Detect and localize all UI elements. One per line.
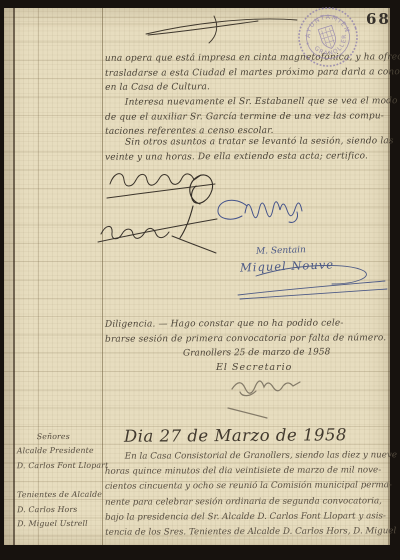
session-opening-paragraph: En la Casa Consistorial de Granollers, s…	[105, 448, 398, 541]
text-line: horas quince minutos del dia veintisiete…	[105, 463, 397, 480]
paragraph-opera: una opera que está impresa en cinta magn…	[105, 50, 400, 95]
stamp-arc-top-text: AYUNTAMIENTO	[292, 1, 351, 52]
margin-row: Alcalde Presidente	[17, 444, 101, 459]
text-line: Diligencia. — Hago constar que no ha pod…	[105, 316, 386, 332]
text-line: bajo la presidencia del Sr. Alcalde D. C…	[105, 509, 397, 526]
place-date-line: Granollers 25 de marzo de 1958	[183, 347, 330, 358]
text-line: brarse sesión de primera convocatoria po…	[105, 331, 386, 347]
secretary-signature	[228, 381, 300, 418]
margin-row: D. Carlos Font Llopart	[17, 459, 101, 474]
text-line: En la Casa Consistorial de Granollers, s…	[105, 448, 397, 465]
text-line: de que el auxiliar Sr. García termine de…	[105, 109, 398, 125]
text-line: cientos cincuenta y ocho se reunió la Co…	[105, 479, 397, 496]
ledger-page: 68 una opera que está impresa en cinta m…	[4, 8, 390, 545]
text-line: en la Casa de Cultura.	[105, 79, 400, 95]
text-line: Interesa nuevamente el Sr. Estabanell qu…	[105, 94, 398, 110]
signature-2	[180, 175, 213, 238]
margin-row: D. Miguel Ustrell	[17, 517, 101, 532]
text-line: tencia de los Sres. Tenientes de Alcalde…	[105, 524, 397, 541]
paragraph-estabanell: Interesa nuevamente el Sr. Estabanell qu…	[105, 94, 398, 139]
margin-row: Tenientes de Alcalde	[17, 488, 101, 503]
signature-miquel: Miquel Nouve	[240, 257, 334, 274]
text-line: nente para celebrar sesión ordinaria de …	[105, 494, 397, 511]
text-line: una opera que está impresa en cinta magn…	[105, 50, 400, 66]
paragraph-closing: Sin otros asuntos a tratar se levantó la…	[105, 134, 394, 165]
signature-1	[107, 174, 215, 198]
page-number: 68	[366, 10, 391, 28]
binding-gutter	[4, 8, 13, 545]
session-date-heading: Dia 27 de Marzo de 1958	[124, 425, 347, 446]
text-line: veinte y una horas. De ella extiendo est…	[105, 149, 394, 165]
attendees-margin-column: Señores Alcalde Presidente D. Carlos Fon…	[17, 430, 102, 532]
svg-text:AYUNTAMIENTO: AYUNTAMIENTO	[292, 1, 351, 52]
signature-3	[218, 200, 302, 222]
margin-row: D. Carlos Hors	[17, 502, 101, 517]
pen-flourish	[146, 16, 297, 43]
diligencia-note: Diligencia. — Hago constar que no ha pod…	[105, 316, 386, 347]
binding-gutter-line	[13, 8, 15, 545]
text-line: Sin otros asuntos a tratar se levantó la…	[105, 134, 394, 150]
secretary-signoff: El Secretario	[216, 362, 292, 373]
signature-secretary-initials: M. Sentain	[256, 245, 306, 257]
stamp-shield-emblem	[318, 25, 338, 50]
signature-4	[98, 219, 217, 253]
scanned-minutes-page: { "page": { "number": "68" }, "stamp": {…	[0, 0, 400, 560]
text-line: trasladarse a esta Ciudad el martes próx…	[105, 65, 400, 81]
margin-title: Señores	[17, 430, 101, 445]
